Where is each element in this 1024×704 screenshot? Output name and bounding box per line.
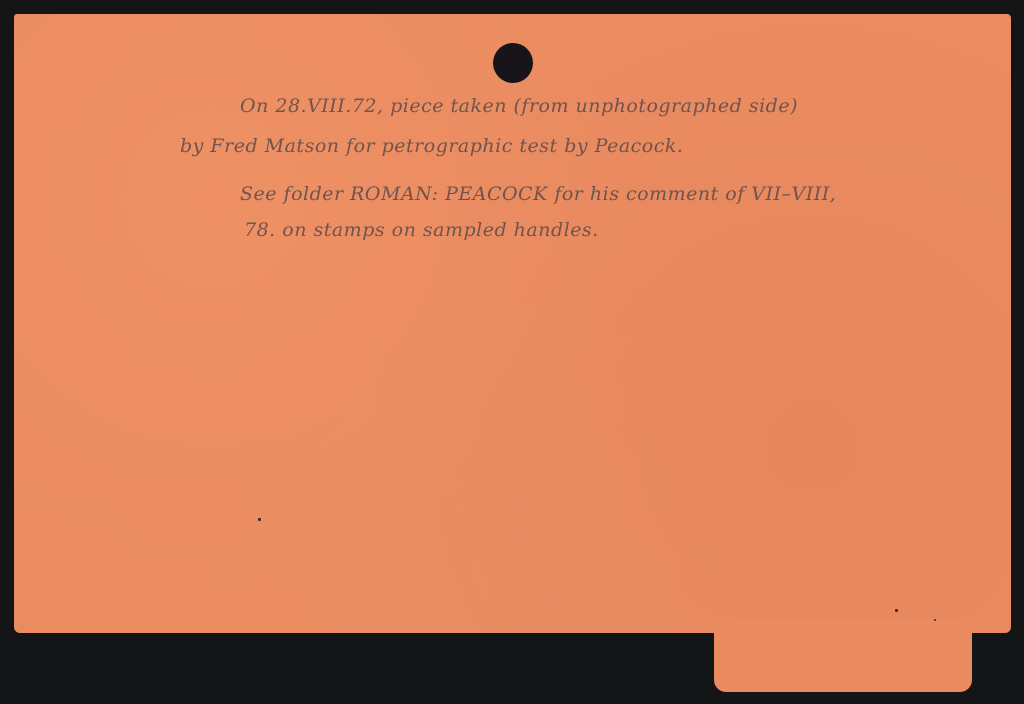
punch-hole <box>493 43 533 83</box>
index-tab <box>714 620 972 692</box>
paper-speck <box>895 609 898 612</box>
handwritten-line-2: by Fred Matson for petrographic test by … <box>180 135 683 157</box>
paper-speck <box>258 518 261 521</box>
paper-speck <box>934 619 936 621</box>
handwritten-line-1: On 28.VIII.72, piece taken (from unphoto… <box>240 95 798 117</box>
handwritten-line-4: 78. on stamps on sampled handles. <box>244 219 599 241</box>
handwritten-line-3: See folder ROMAN: PEACOCK for his commen… <box>240 183 836 205</box>
